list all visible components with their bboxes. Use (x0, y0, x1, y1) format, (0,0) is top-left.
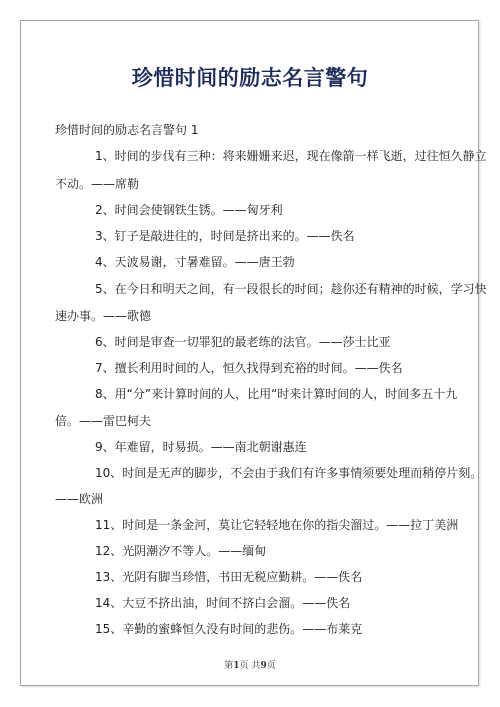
quote-line-continuation: ——欧洲 (55, 490, 103, 507)
quote-line: 9、年难留，时易损。——南北朝谢惠连 (95, 438, 307, 455)
document-page (20, 20, 479, 686)
quote-line: 15、辛勤的蜜蜂恒久没有时间的悲伤。——布莱克 (95, 620, 362, 637)
quote-line: 11、时间是一条金河，莫让它轻轻地在你的指尖溜过。——拉丁美洲 (95, 516, 458, 533)
quote-line: 2、时间会使钢铁生锈。——匈牙利 (95, 201, 283, 218)
quote-line-continuation: 不动。——席勒 (55, 175, 139, 192)
document-title: 珍惜时间的励志名言警句 (0, 62, 500, 92)
quote-line: 10、时间是无声的脚步，不会由于我们有许多事情须要处理而稍停片刻。 (95, 464, 482, 481)
quote-line: 5、在今日和明天之间，有一段很长的时间；趁你还有精神的时候，学习快 (95, 280, 487, 297)
page-footer: 第1页 共9页 (0, 658, 500, 671)
page-mid: 页 共 (240, 661, 261, 671)
quote-line: 3、钉子是敲进往的，时间是挤出来的。——佚名 (95, 227, 355, 244)
quote-line: 1、时间的步伐有三种：将来姗姗来迟，现在像箭一样飞逝，过往恒久静立 (95, 147, 487, 164)
section-heading: 珍惜时间的励志名言警句 1 (55, 121, 198, 138)
quote-line-continuation: 倍。——雷巴柯夫 (55, 412, 151, 429)
quote-line: 12、光阴潮汐不等人。——缅甸 (95, 542, 266, 559)
quote-line: 4、天波易谢，寸暑难留。——唐王勃 (95, 253, 295, 270)
page-prefix: 第 (224, 661, 233, 671)
page-suffix: 页 (267, 661, 276, 671)
quote-line: 14、大豆不挤出油，时间不挤白会溜。——佚名 (95, 594, 350, 611)
quote-line: 7、擅长利用时间的人，恒久找得到充裕的时间。——佚名 (95, 359, 403, 376)
quote-line-continuation: 速办事。——歌德 (55, 307, 151, 324)
quote-line: 8、用“分”来计算时间的人，比用“时来计算时间的人，时间多五十九 (95, 385, 457, 402)
quote-line: 6、时间是审查一切罪犯的最老练的法官。——莎士比亚 (95, 333, 391, 350)
quote-line: 13、光阴有脚当珍惜，书田无税应勤耕。——佚名 (95, 568, 362, 585)
